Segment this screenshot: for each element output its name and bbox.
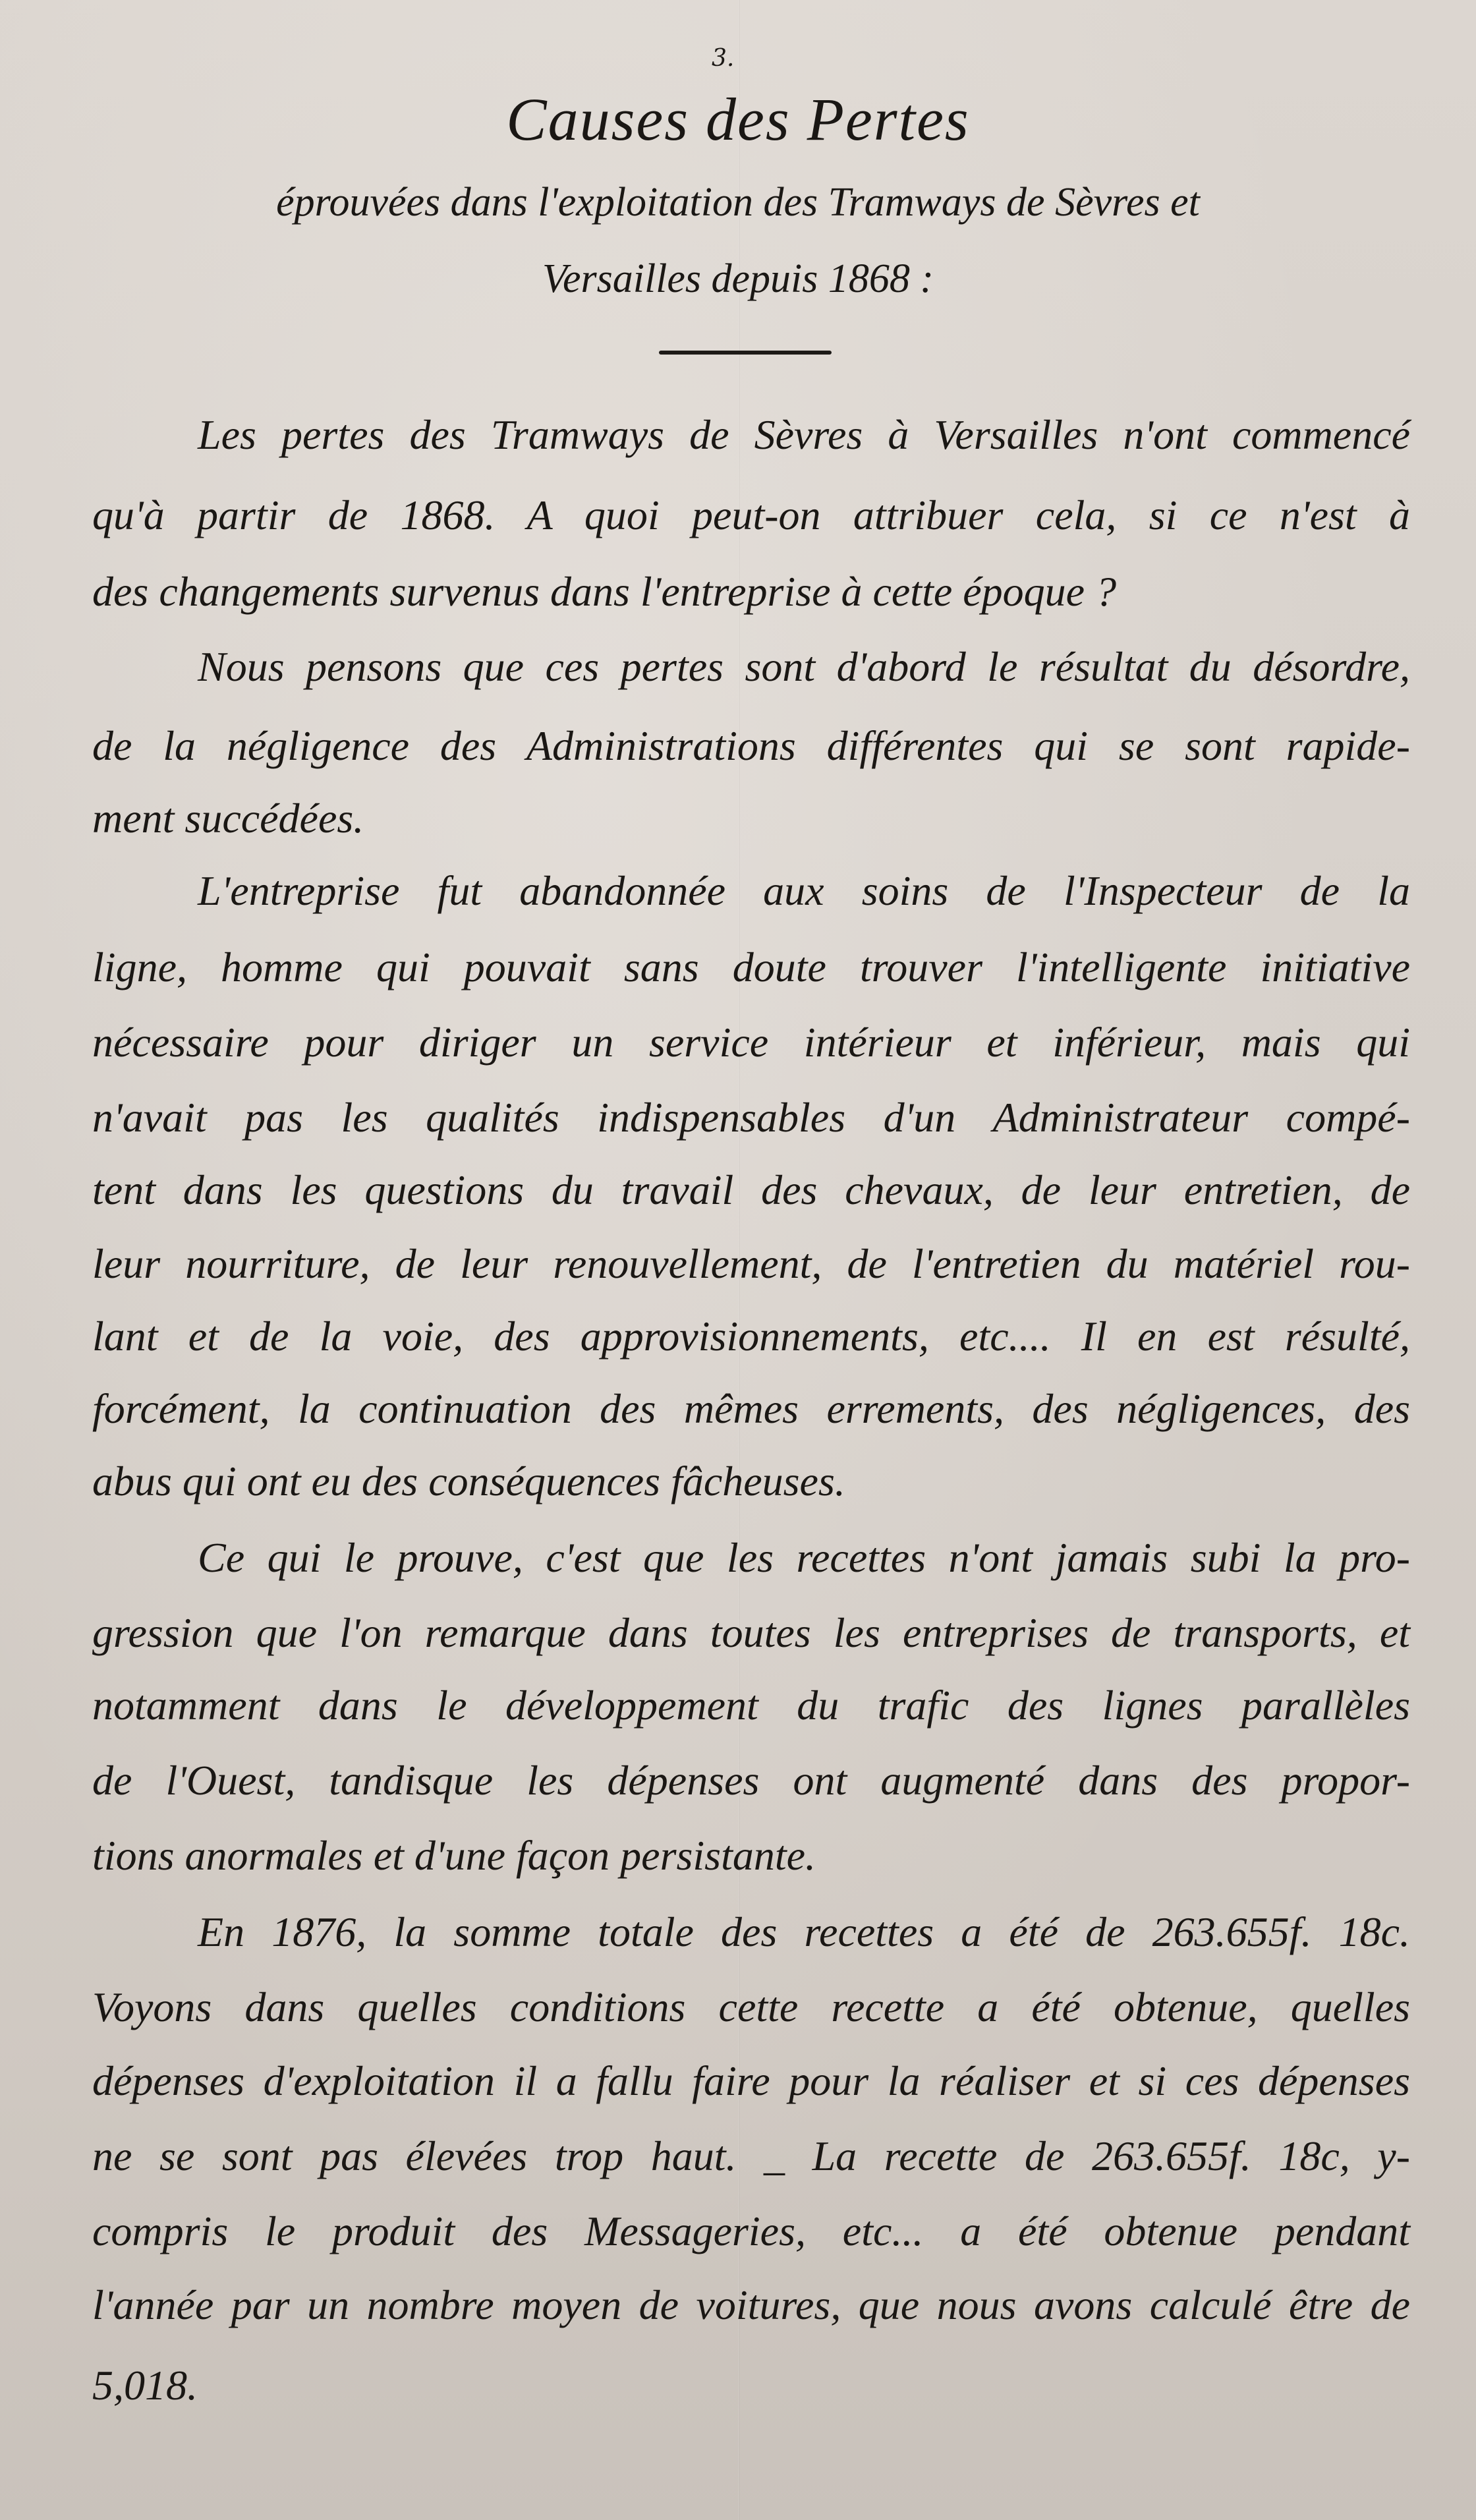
text-line: l'année par un nombre moyen de voitures,… xyxy=(92,2284,1410,2326)
text-line: nécessaire pour diriger un service intér… xyxy=(92,1021,1410,1064)
text-line: dépenses d'exploitation il a fallu faire… xyxy=(92,2060,1410,2102)
text-line: 5,018. xyxy=(92,2364,1410,2407)
text-line: gression que l'on remarque dans toutes l… xyxy=(92,1612,1410,1654)
text-line: n'avait pas les qualités indispensables … xyxy=(92,1097,1410,1139)
text-line: Voyons dans quelles conditions cette rec… xyxy=(92,1986,1410,2028)
text-line: leur nourriture, de leur renouvellement,… xyxy=(92,1243,1410,1285)
text-line: Ce qui le prouve, c'est que les recettes… xyxy=(198,1537,1410,1579)
subtitle-line-1: éprouvées dans l'exploitation des Tramwa… xyxy=(0,179,1476,226)
text-line: ment succédées. xyxy=(92,797,1410,840)
text-line: tent dans les questions du travail des c… xyxy=(92,1169,1410,1211)
title-divider xyxy=(659,351,832,355)
text-line: des changements survenus dans l'entrepri… xyxy=(92,571,1410,613)
subtitle-line-2: Versailles depuis 1868 : xyxy=(0,256,1476,302)
text-line: de l'Ouest, tandisque les dépenses ont a… xyxy=(92,1760,1410,1802)
manuscript-page: 3. Causes des Pertes éprouvées dans l'ex… xyxy=(0,0,1476,2520)
text-line: ligne, homme qui pouvait sans doute trou… xyxy=(92,946,1410,988)
text-line: En 1876, la somme totale des recettes a … xyxy=(198,1911,1410,1953)
text-line: ne se sont pas élevées trop haut. _ La r… xyxy=(92,2135,1410,2177)
page-number: 3. xyxy=(712,45,734,72)
text-line: compris le produit des Messageries, etc.… xyxy=(92,2210,1410,2252)
text-line: abus qui ont eu des conséquences fâcheus… xyxy=(92,1460,1410,1503)
text-line: tions anormales et d'une façon persistan… xyxy=(92,1835,1410,1877)
text-line: qu'à partir de 1868. A quoi peut-on attr… xyxy=(92,494,1410,536)
text-line: L'entreprise fut abandonnée aux soins de… xyxy=(198,870,1410,912)
text-line: forcément, la continuation des mêmes err… xyxy=(92,1388,1410,1430)
page-title: Causes des Pertes xyxy=(0,84,1476,154)
text-line: Nous pensons que ces pertes sont d'abord… xyxy=(198,646,1410,688)
text-line: lant et de la voie, des approvisionnemen… xyxy=(92,1315,1410,1358)
text-line: de la négligence des Administrations dif… xyxy=(92,725,1410,767)
text-line: notamment dans le développement du trafi… xyxy=(92,1684,1410,1727)
text-line: Les pertes des Tramways de Sèvres à Vers… xyxy=(198,414,1410,456)
